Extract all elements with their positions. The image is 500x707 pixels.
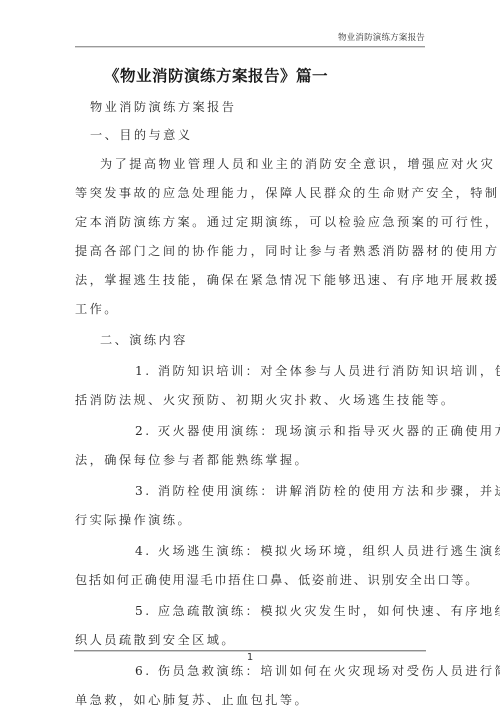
section-heading-purpose: 一、目的与意义: [90, 126, 192, 143]
list-item-2: 2. 灭火器使用演练：现场演示和指导灭火器的正确使用方: [135, 422, 500, 439]
list-item-2-cont: 法，确保每位参与者都能熟练掌握。: [75, 451, 309, 468]
list-item-6-cont: 单急救，如心肺复苏、止血包扎等。: [75, 691, 309, 707]
list-item-3-cont: 行实际操作演练。: [75, 511, 192, 528]
page-number: 1: [0, 652, 500, 663]
page-header: 物业消防演练方案报告: [75, 30, 425, 47]
list-item-1: 1. 消防知识培训：对全体参与人员进行消防知识培训，包: [135, 362, 500, 379]
running-title: 物业消防演练方案报告: [338, 31, 425, 43]
list-item-4: 4. 火场逃生演练：模拟火场环境，组织人员进行逃生演练，: [135, 542, 500, 559]
list-item-3: 3. 消防栓使用演练：讲解消防栓的使用方法和步骤，并进: [135, 482, 500, 499]
section-heading-content: 二、演练内容: [100, 331, 188, 348]
paragraph-line: 定本消防演练方案。通过定期演练，可以检验应急预案的可行性，: [75, 213, 500, 230]
document-title: 《物业消防演练方案报告》篇一: [104, 64, 328, 86]
paragraph-line: 提高各部门之间的协作能力，同时让参与者熟悉消防器材的使用方: [75, 242, 500, 259]
list-item-5: 5. 应急疏散演练：模拟火灾发生时，如何快速、有序地组: [135, 602, 500, 619]
list-item-4-cont: 包括如何正确使用湿毛巾捂住口鼻、低姿前进、识别安全出口等。: [75, 571, 479, 588]
paragraph-line: 为了提高物业管理人员和业主的消防安全意识，增强应对火灾: [100, 155, 495, 172]
paragraph-line: 等突发事故的应急处理能力，保障人民群众的生命财产安全，特制: [75, 184, 500, 201]
subtitle: 物业消防演练方案报告: [90, 98, 236, 115]
list-item-1-cont: 括消防法规、火灾预防、初期火灾扑救、火场逃生技能等。: [75, 391, 456, 408]
paragraph-line: 法，掌握逃生技能，确保在紧急情况下能够迅速、有序地开展救援: [75, 271, 500, 288]
list-item-6: 6. 伤员急救演练：培训如何在火灾现场对受伤人员进行简: [135, 662, 500, 679]
footer-rule: [74, 650, 426, 651]
paragraph-line: 工作。: [75, 300, 119, 317]
list-item-5-cont: 织人员疏散到安全区域。: [75, 631, 236, 648]
